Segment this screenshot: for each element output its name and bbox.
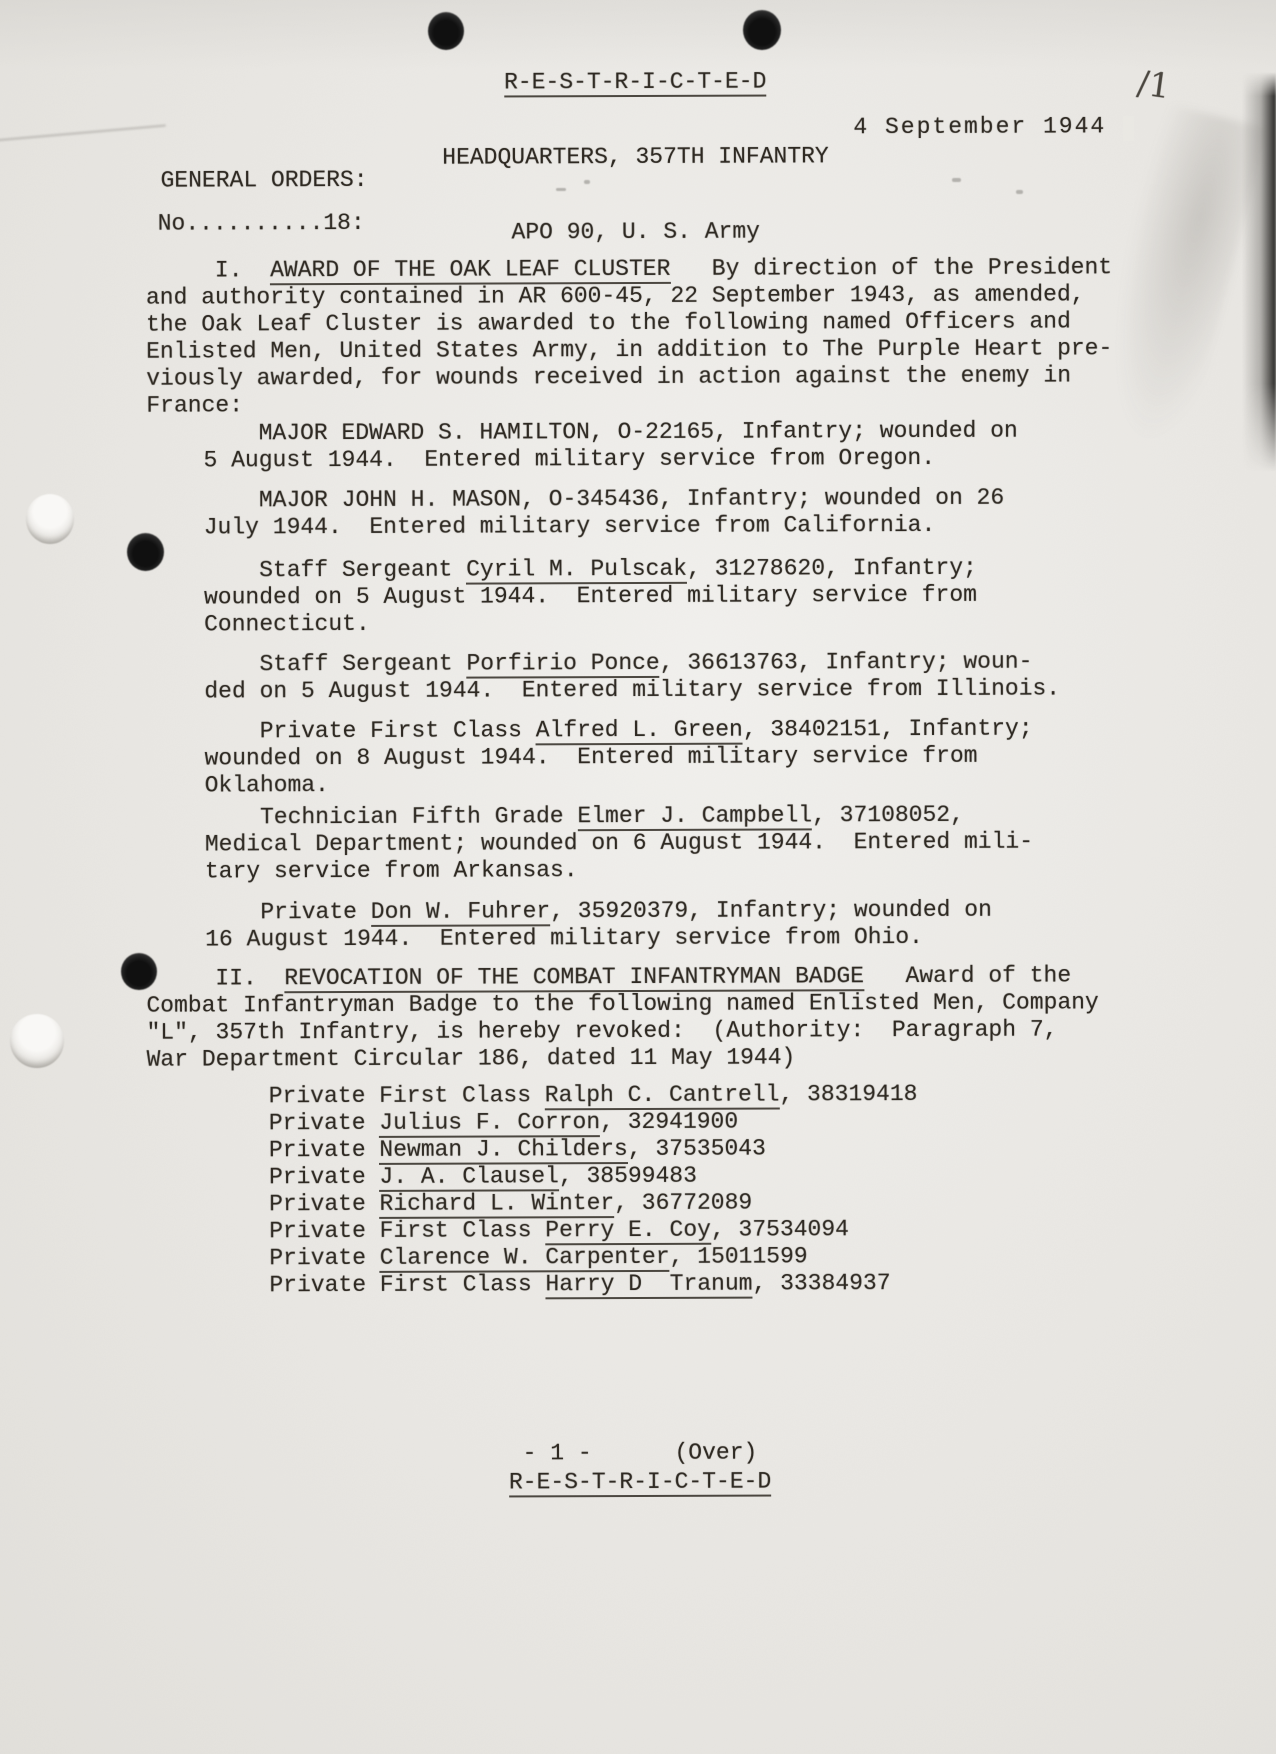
order-number-line: No..........18:	[158, 210, 365, 238]
document-content: R-E-S-T-R-I-C-T-E-D HEADQUARTERS, 357TH …	[0, 0, 1276, 1754]
award-entry-mason: MAJOR JOHN H. MASON, O-345436, Infantry;…	[204, 485, 1005, 542]
text-line: Private Julius F. Corron, 32941900	[269, 1108, 918, 1137]
text-line: Enlisted Men, United States Army, in add…	[146, 335, 1112, 365]
text-line: Staff Sergeant Porfirio Ponce, 36613763,…	[204, 649, 1060, 679]
text-line: Technician Fifth Grade Elmer J. Campbell…	[205, 802, 1033, 832]
classification-banner: R-E-S-T-R-I-C-T-E-D	[0, 68, 1273, 97]
award-entry-pulscak: Staff Sergeant Cyril M. Pulscak, 3127862…	[204, 555, 977, 639]
page-number-line: - 1 - (Over)	[20, 1438, 1260, 1469]
text-line: 5 August 1944. Entered military service …	[203, 445, 1017, 475]
scanned-document-page: R-E-S-T-R-I-C-T-E-D HEADQUARTERS, 357TH …	[0, 0, 1276, 1754]
text-line: Private Don W. Fuhrer, 35920379, Infantr…	[205, 897, 992, 927]
text-line: Medical Department; wounded on 6 August …	[205, 829, 1033, 859]
handwritten-annotation: /1	[1136, 70, 1172, 101]
text-line: ded on 5 August 1944. Entered military s…	[204, 676, 1060, 706]
text-line: Private Clarence W. Carpenter, 15011599	[269, 1243, 918, 1272]
text-line: Staff Sergeant Cyril M. Pulscak, 3127862…	[204, 555, 977, 585]
text-line: Private First Class Ralph C. Cantrell, 3…	[269, 1081, 918, 1110]
text-line: tary service from Arkansas.	[205, 856, 1033, 886]
text-line: 16 August 1944. Entered military service…	[205, 924, 992, 954]
award-entry-green: Private First Class Alfred L. Green, 384…	[204, 716, 1032, 800]
text-line: viously awarded, for wounds received in …	[146, 362, 1112, 392]
section-ii-paragraph: II. REVOCATION OF THE COMBAT INFANTRYMAN…	[146, 962, 1099, 1073]
text-line: "L", 357th Infantry, is hereby revoked: …	[146, 1016, 1098, 1046]
text-line: Private First Class Alfred L. Green, 384…	[204, 716, 1032, 746]
section-i-paragraph: I. AWARD OF THE OAK LEAF CLUSTER By dire…	[146, 254, 1113, 419]
text-line: Oklahoma.	[205, 770, 1033, 800]
text-line: War Department Circular 186, dated 11 Ma…	[147, 1043, 1099, 1073]
text-line: II. REVOCATION OF THE COMBAT INFANTRYMAN…	[146, 962, 1098, 992]
text-line: Private First Class Harry D Tranum, 3338…	[269, 1270, 918, 1299]
text-line: Private First Class Perry E. Coy, 375340…	[269, 1216, 918, 1245]
award-entry-ponce: Staff Sergeant Porfirio Ponce, 36613763,…	[204, 649, 1060, 706]
text-line: Private J. A. Clausel, 38599483	[269, 1162, 918, 1191]
award-entry-campbell: Technician Fifth Grade Elmer J. Campbell…	[205, 802, 1033, 886]
text-line: MAJOR JOHN H. MASON, O-345436, Infantry;…	[204, 485, 1005, 515]
revocation-roster: Private First Class Ralph C. Cantrell, 3…	[269, 1081, 918, 1299]
text-line: and authority contained in AR 600-45, 22…	[146, 281, 1112, 311]
scan-fade-artifact	[1123, 116, 1134, 141]
text-line: MAJOR EDWARD S. HAMILTON, O-22165, Infan…	[203, 418, 1017, 448]
text-line: I. AWARD OF THE OAK LEAF CLUSTER By dire…	[146, 254, 1112, 284]
classification-footer: R-E-S-T-R-I-C-T-E-D	[20, 1467, 1260, 1498]
text-line: July 1944. Entered military service from…	[204, 512, 1005, 542]
text-line: Private Richard L. Winter, 36772089	[269, 1189, 918, 1218]
text-line: wounded on 5 August 1944. Entered milita…	[204, 582, 977, 612]
text-line: Private Newman J. Childers, 37535043	[269, 1135, 918, 1164]
text-line: Connecticut.	[204, 609, 977, 639]
award-entry-fuhrer: Private Don W. Fuhrer, 35920379, Infantr…	[205, 897, 992, 954]
document-date: 4 September 1944	[853, 113, 1106, 141]
award-entry-hamilton: MAJOR EDWARD S. HAMILTON, O-22165, Infan…	[203, 418, 1018, 475]
text-line: France:	[146, 389, 1112, 419]
text-line: wounded on 8 August 1944. Entered milita…	[205, 743, 1033, 773]
general-orders-label: GENERAL ORDERS:	[161, 167, 368, 195]
text-line: Combat Infantryman Badge to the followin…	[146, 989, 1098, 1019]
text-line: the Oak Leaf Cluster is awarded to the f…	[146, 308, 1112, 338]
